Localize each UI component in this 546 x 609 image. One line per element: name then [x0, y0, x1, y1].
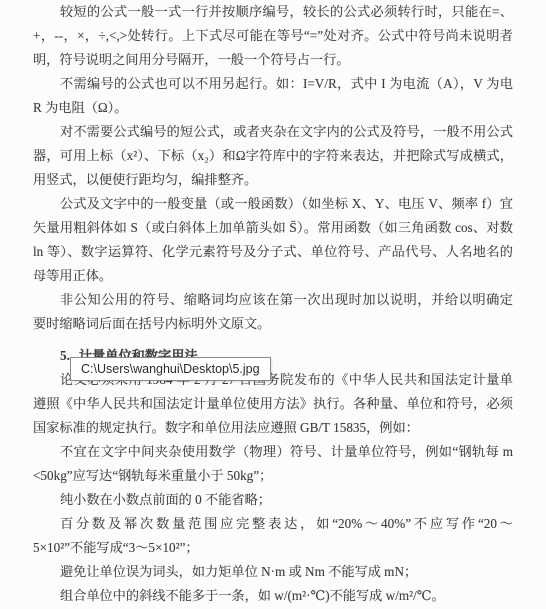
- text-line: 不需编号的公式也可以不用另起行。如：I=V/R，式中 I 为电流（A），V 为电…: [33, 72, 513, 96]
- text-line: 国家标准的规定执行。数字和单位用法应遵照 GB/T 15835，例如：: [33, 416, 513, 440]
- text-line: 较短的公式一般一式一行并按顺序编号，较长的公式必须转行时，只能在=、≈,: [33, 0, 513, 24]
- text-line: ln 等）、数字运算符、化学元素符号及分子式、单位符号、产品代号、人名地名的外文…: [33, 240, 513, 264]
- text-line: 百分数及幂次数量范围应完整表达，如“20%～40%”不应写作“20～40%”，“…: [33, 512, 513, 536]
- text-line: 非公知公用的符号、缩略词均应该在第一次出现时加以说明，并给以明确定义。必: [33, 288, 513, 312]
- text-line: 避免让单位误为词头，如力矩单位 N·m 或 Nm 不能写成 mN；: [33, 560, 513, 584]
- paragraphs-after-heading: 论文必须采用 1984 年 2 月 27 日国务院发布的《中华人民共和国法定计量…: [33, 368, 513, 608]
- text-line: 矢量用粗斜体如 S（或白斜体上加单箭头如 S̄）。常用函数（如三角函数 cos、…: [33, 216, 513, 240]
- text-line: 明，符号说明之间用分号隔开，一般一个符号占一行。: [33, 48, 513, 72]
- document-page: 较短的公式一般一式一行并按顺序编号，较长的公式必须转行时，只能在=、≈,+，--…: [0, 0, 546, 609]
- section-number: 5.: [60, 348, 70, 363]
- text-line: 母等用正体。: [33, 264, 513, 288]
- text-line: 器，可用上标（x²）、下标（x₂）和Ω字符库中的字符来表达，并把除式写成横式，不…: [33, 144, 513, 168]
- document-text-block: 较短的公式一般一式一行并按顺序编号，较长的公式必须转行时，只能在=、≈,+，--…: [33, 0, 513, 608]
- text-line: 用竖式，以便使行距均匀，编排整齐。: [33, 168, 513, 192]
- paragraphs-before-heading: 较短的公式一般一式一行并按顺序编号，较长的公式必须转行时，只能在=、≈,+，--…: [33, 0, 513, 336]
- text-line: +，--，×，÷,<,>处转行。上下式尽可能在等号“=”处对齐。公式中符号尚未说…: [33, 24, 513, 48]
- text-line: 公式及文字中的一般变量（或一般函数）（如坐标 X、Y、电压 V、频率 f）宜用斜…: [33, 192, 513, 216]
- text-line: R 为电阻（Ω）。: [33, 96, 513, 120]
- file-path-text: C:\Users\wanghui\Desktop\5.jpg: [81, 362, 260, 376]
- text-line: 组合单位中的斜线不能多于一条，如 w/(m²·℃)不能写成 w/m²/℃。: [33, 584, 513, 608]
- text-line: 对不需要公式编号的短公式，或者夹杂在文字内的公式及符号，一般不用公式编辑: [33, 120, 513, 144]
- text-line: <50kg”应写达“钢轨每米重量小于 50kg”；: [33, 464, 513, 488]
- text-line: 要时缩略词后面在括号内标明外文原文。: [33, 312, 513, 336]
- text-line: 5×10²”不能写成“3～5×10²”；: [33, 536, 513, 560]
- text-line: 纯小数在小数点前面的 0 不能省略；: [33, 488, 513, 512]
- text-line: 不宜在文字中间夹杂使用数学（物理）符号、计量单位符号，例如“钢轨每 m 重量: [33, 440, 513, 464]
- file-path-tooltip: C:\Users\wanghui\Desktop\5.jpg: [70, 357, 271, 381]
- text-line: 遵照《中华人民共和国法定计量单位使用方法》执行。各种量、单位和符号，必须遵循: [33, 392, 513, 416]
